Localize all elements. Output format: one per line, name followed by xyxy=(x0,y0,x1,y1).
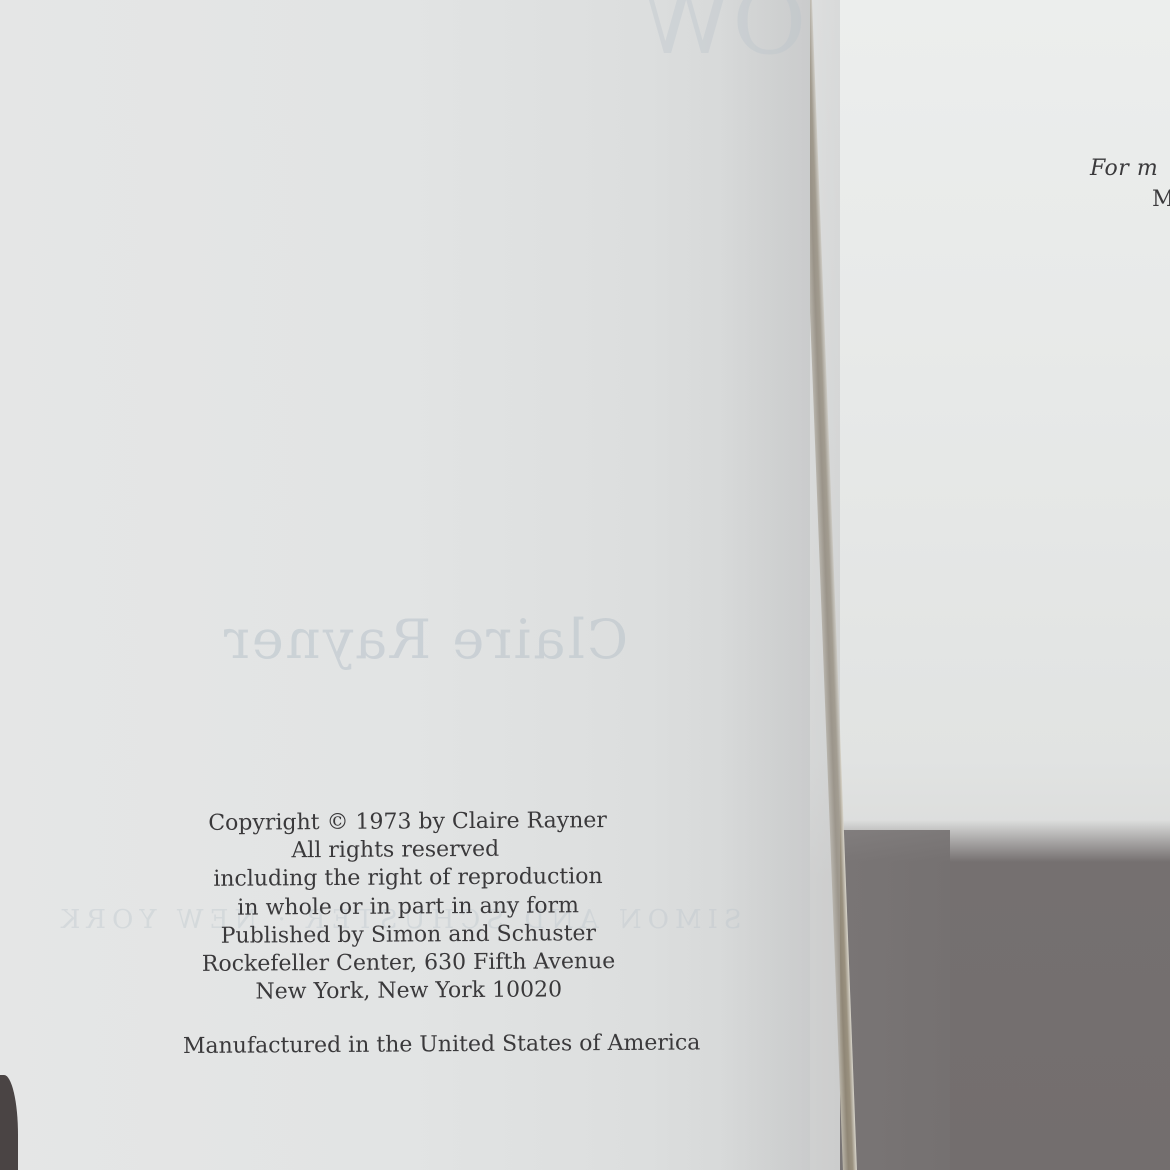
show-through-author: Claire Rayner xyxy=(222,608,628,671)
rights-detail-line: in whole or in part in any form xyxy=(111,891,706,923)
copyright-line: Copyright © 1973 by Claire Rayner xyxy=(110,806,705,838)
dedication-line-2: M xyxy=(1152,187,1170,212)
copyright-notice: Copyright © 1973 by Claire Rayner All ri… xyxy=(185,806,707,1061)
publisher-city-line: New York, New York 10020 xyxy=(111,976,706,1008)
book-photo: For m M OW Claire Rayner SIMON AND SCHUS… xyxy=(0,0,1170,1170)
manufactured-line: Manufactured in the United States of Ame… xyxy=(177,1030,707,1062)
publisher-address-line: Rockefeller Center, 630 Fifth Avenue xyxy=(111,947,706,979)
show-through-title: OW xyxy=(640,0,806,75)
publisher-line: Published by Simon and Schuster xyxy=(111,919,706,951)
hand-shadow-edge xyxy=(840,830,950,1170)
rights-detail-line: including the right of reproduction xyxy=(110,863,705,895)
dedication-text: For m M xyxy=(1090,156,1170,212)
dedication-line-1: For m xyxy=(1090,156,1158,181)
rights-line: All rights reserved xyxy=(85,835,705,868)
page-edge-shading xyxy=(720,0,840,1170)
